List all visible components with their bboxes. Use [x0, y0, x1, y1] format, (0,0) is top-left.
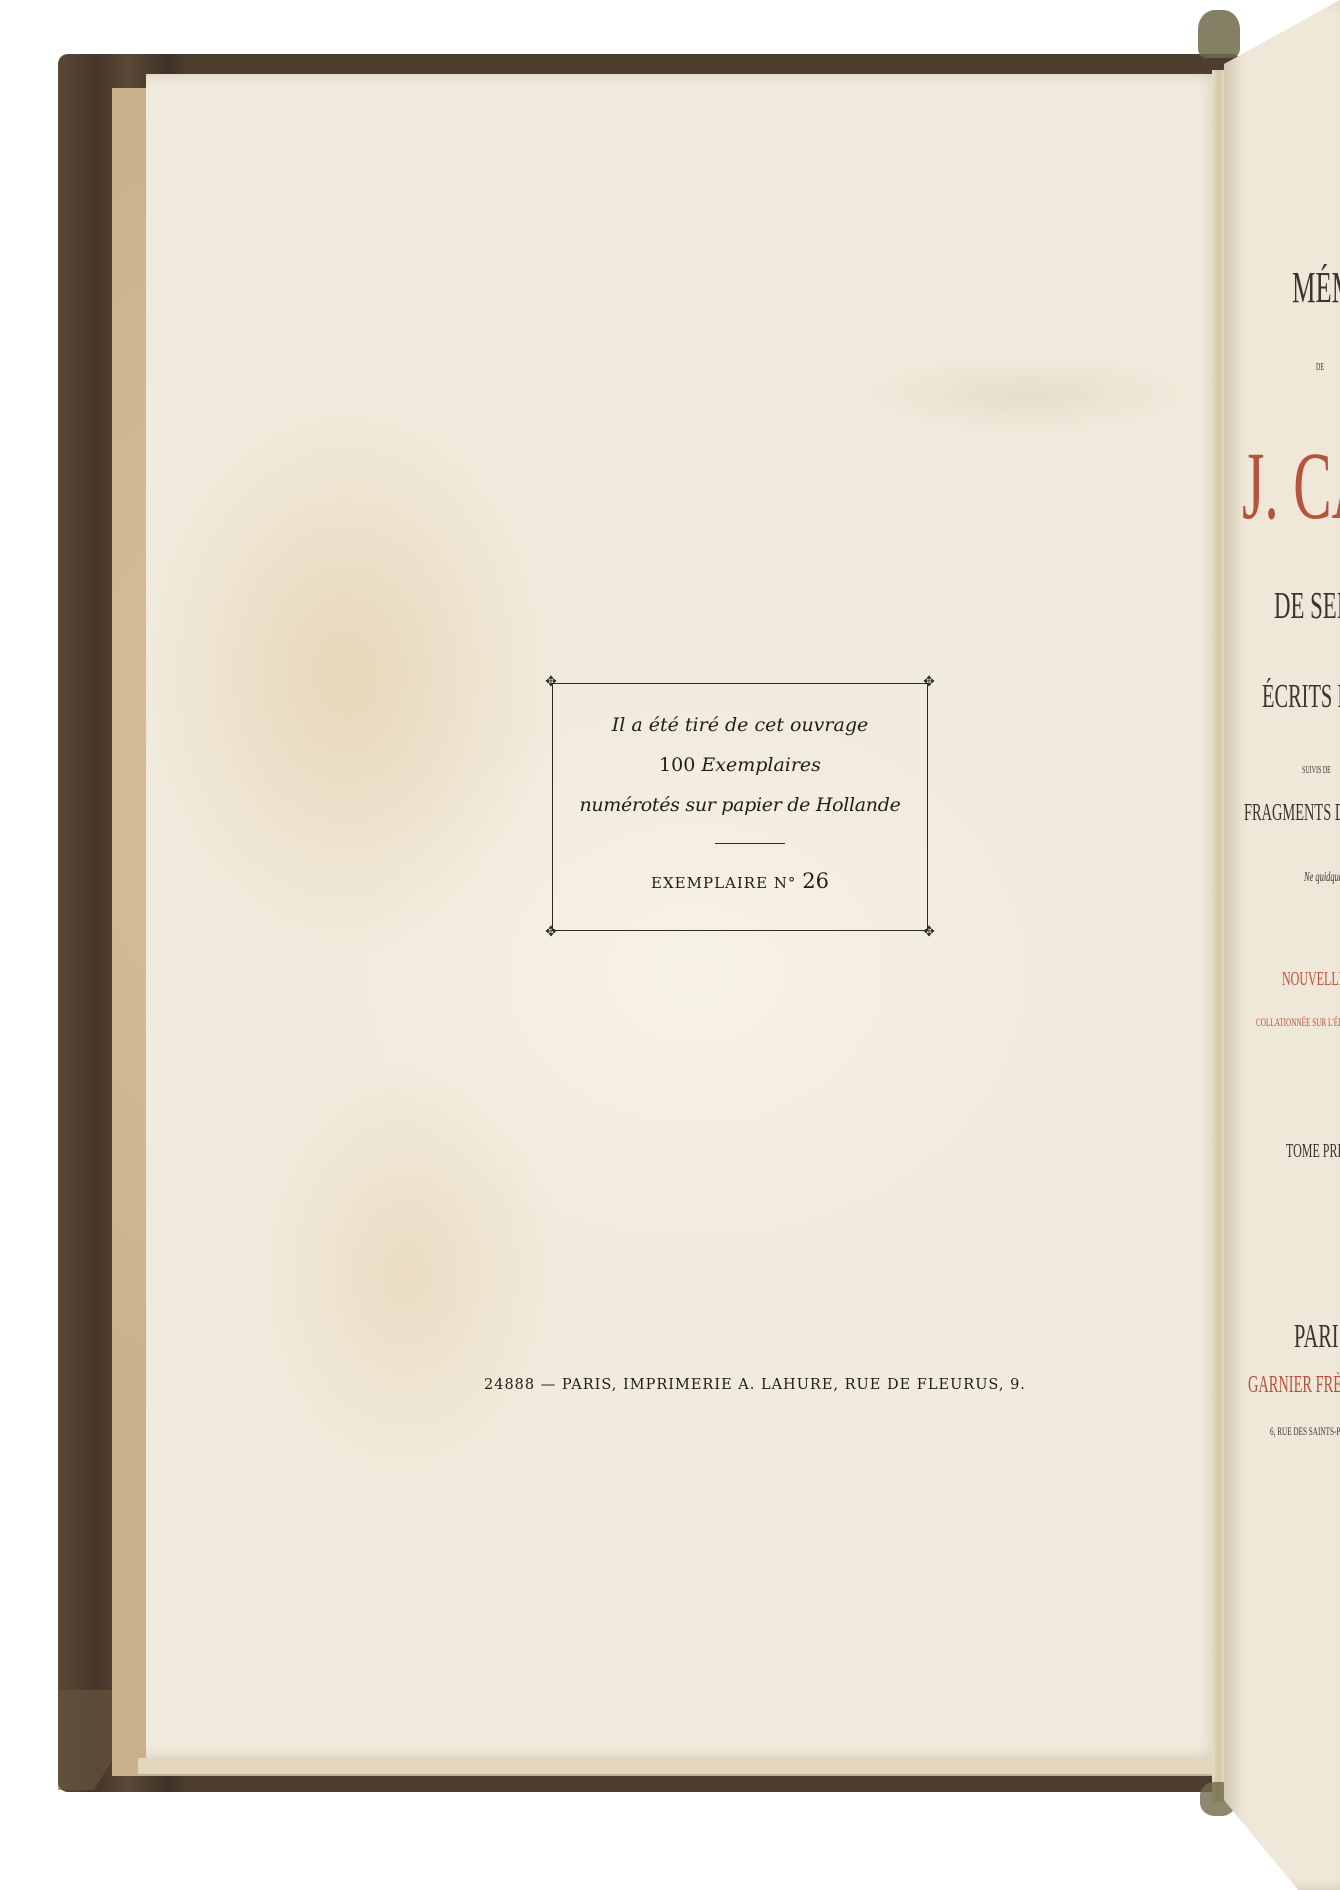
corner-ornament-icon: ✥ [922, 675, 936, 689]
copies-count: 100 [659, 754, 695, 776]
copy-number: 26 [802, 869, 829, 893]
ecrits-par-lui: ÉCRITS PAR LU [1262, 678, 1340, 716]
suivis-de: SUIVIS DE [1302, 765, 1331, 776]
title-de: DE [1316, 362, 1324, 373]
edition-line: NOUVELLE ÉDITION [1282, 968, 1340, 991]
colophon-line-3: numérotés sur papier de Hollande [553, 794, 927, 816]
copy-label: EXEMPLAIRE N° [651, 874, 796, 892]
author-name: J. CASAN [1242, 430, 1340, 541]
address-line: 6, RUE DES SAINTS-PÈRES, [1270, 1424, 1340, 1439]
limitation-notice-box: ✥ ✥ ✥ ✥ Il a été tiré de cet ouvrage 100… [552, 683, 928, 931]
gutter [1212, 70, 1226, 1802]
title-text: MÉMOIR [1292, 262, 1340, 313]
publisher-line: GARNIER FRÈRES, LIBRAIRES [1248, 1372, 1340, 1399]
colophon-line-2: 100 Exemplaires [553, 754, 927, 776]
collation-line: COLLATIONNÉE SUR L'ÉDITION ORIGINALE [1256, 1015, 1340, 1030]
seingalt: DE SEINGA [1274, 584, 1340, 628]
copy-number-line: EXEMPLAIRE N° 26 [553, 869, 927, 893]
corner-ornament-icon: ✥ [544, 675, 558, 689]
corner-ornament-icon: ✥ [922, 925, 936, 939]
page-edge [138, 1758, 1222, 1774]
headband [1198, 10, 1240, 58]
colophon-line-1: Il a été tiré de cet ouvrage [553, 714, 927, 736]
tome-line: TOME PREMIER [1286, 1140, 1340, 1163]
printer-imprint: 24888 — PARIS, IMPRIMERIE A. LAHURE, RUE… [484, 1377, 1026, 1393]
divider [715, 843, 785, 844]
city-line: PARIS [1294, 1318, 1340, 1356]
corner-ornament-icon: ✥ [544, 925, 558, 939]
copies-label: Exemplaires [701, 754, 821, 776]
epigraph: Ne quidquam sa [1304, 870, 1340, 886]
fragments-line: FRAGMENTS DES MÉMOIRES DU [1244, 800, 1340, 827]
